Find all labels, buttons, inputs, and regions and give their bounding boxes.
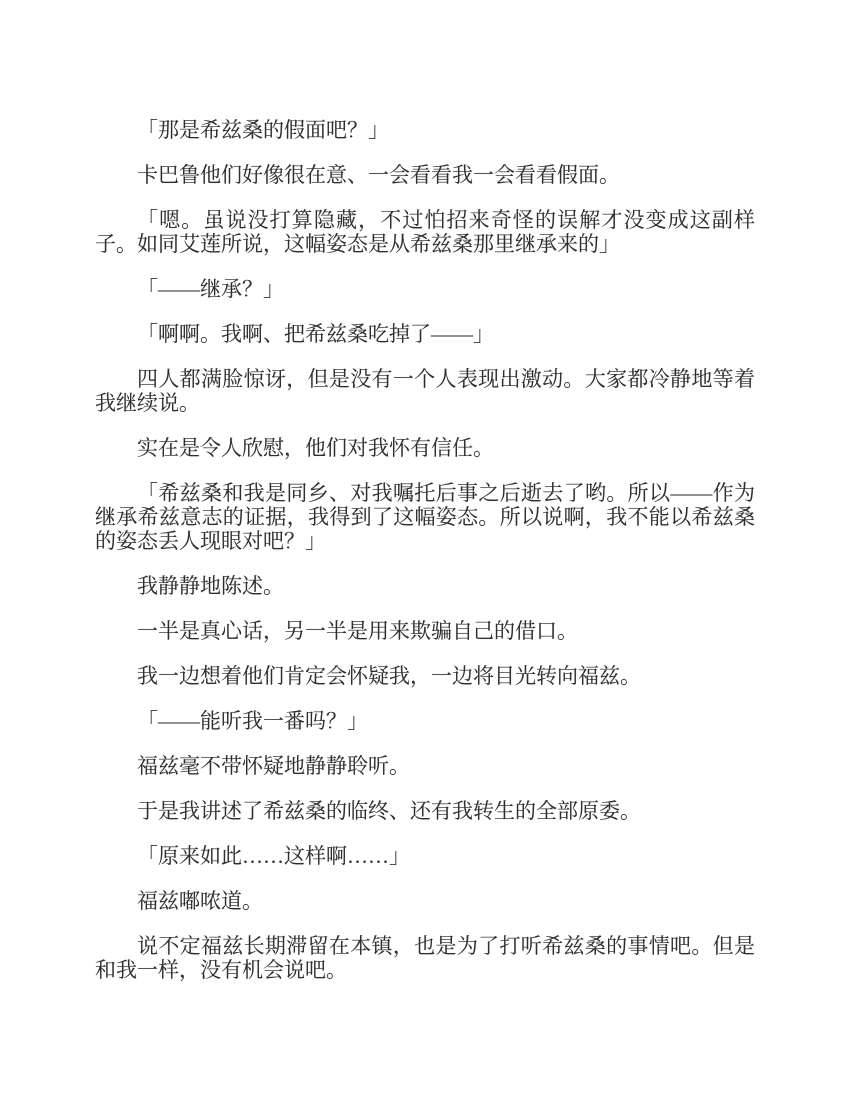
paragraph: 说不定福兹长期滞留在本镇，也是为了打听希兹桑的事情吧。但是和我一样，没有机会说吧…: [95, 934, 755, 982]
text-column: 「那是希兹桑的假面吧？」卡巴鲁他们好像很在意、一会看看我一会看看假面。「嗯。虽说…: [95, 118, 755, 1003]
paragraph: 「原来如此……这样啊……」: [95, 844, 755, 868]
paragraph: 我一边想着他们肯定会怀疑我，一边将目光转向福兹。: [95, 664, 755, 688]
paragraph: 于是我讲述了希兹桑的临终、还有我转生的全部原委。: [95, 799, 755, 823]
paragraph: 四人都满脸惊讶，但是没有一个人表现出激动。大家都冷静地等着我继续说。: [95, 367, 755, 415]
paragraph: 实在是令人欣慰，他们对我怀有信任。: [95, 436, 755, 460]
paragraph: 一半是真心话，另一半是用来欺骗自己的借口。: [95, 619, 755, 643]
paragraph: 「——能听我一番吗？」: [95, 709, 755, 733]
paragraph: 福兹嘟哝道。: [95, 889, 755, 913]
paragraph: 「希兹桑和我是同乡、对我嘱托后事之后逝去了哟。所以——作为继承希兹意志的证据，我…: [95, 481, 755, 553]
paragraph: 「——继承？」: [95, 277, 755, 301]
paragraph: 卡巴鲁他们好像很在意、一会看看我一会看看假面。: [95, 163, 755, 187]
paragraph: 「啊啊。我啊、把希兹桑吃掉了——」: [95, 322, 755, 346]
novel-page: 「那是希兹桑的假面吧？」卡巴鲁他们好像很在意、一会看看我一会看看假面。「嗯。虽说…: [0, 0, 850, 1100]
paragraph: 我静静地陈述。: [95, 574, 755, 598]
paragraph: 福兹毫不带怀疑地静静聆听。: [95, 754, 755, 778]
paragraph: 「那是希兹桑的假面吧？」: [95, 118, 755, 142]
paragraph: 「嗯。虽说没打算隐藏，不过怕招来奇怪的误解才没变成这副样子。如同艾莲所说，这幅姿…: [95, 208, 755, 256]
